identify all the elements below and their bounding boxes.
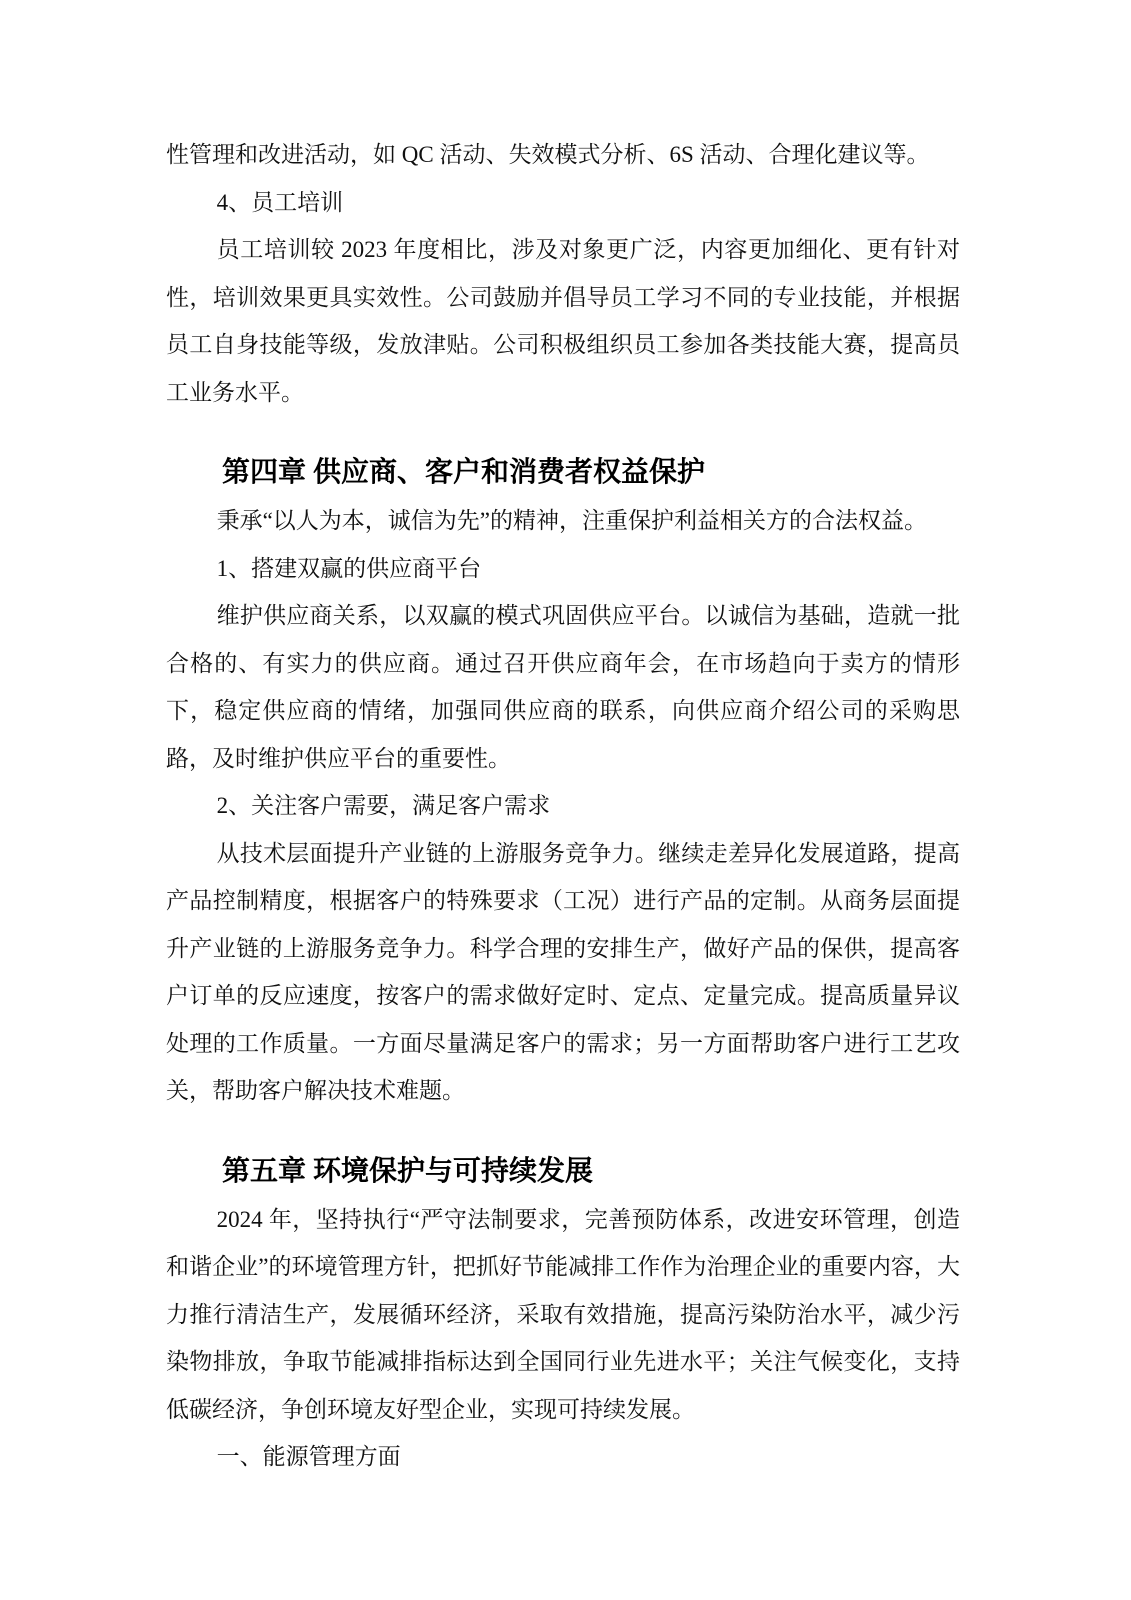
paragraph-continuation: 性管理和改进活动，如 QC 活动、失效模式分析、6S 活动、合理化建议等。: [166, 131, 960, 179]
paragraph-supplier-relations: 维护供应商关系，以双赢的模式巩固供应平台。以诚信为基础，造就一批合格的、有实力的…: [166, 592, 960, 782]
paragraph-employee-training: 员工培训较 2023 年度相比，涉及对象更广泛，内容更加细化、更有针对性，培训效…: [166, 226, 960, 416]
paragraph-chapter4-intro: 秉承“以人为本，诚信为先”的精神，注重保护利益相关方的合法权益。: [166, 497, 960, 545]
list-item-2-customer-needs: 2、关注客户需要，满足客户需求: [166, 782, 960, 830]
document-page: 性管理和改进活动，如 QC 活动、失效模式分析、6S 活动、合理化建议等。 4、…: [0, 0, 1131, 1600]
list-item-energy-management: 一、能源管理方面: [166, 1433, 960, 1481]
list-item-1-supplier-platform: 1、搭建双赢的供应商平台: [166, 545, 960, 593]
paragraph-environment-policy: 2024 年，坚持执行“严守法制要求，完善预防体系，改进安环管理，创造和谐企业”…: [166, 1196, 960, 1434]
paragraph-customer-service: 从技术层面提升产业链的上游服务竞争力。继续走差异化发展道路，提高产品控制精度，根…: [166, 830, 960, 1115]
document-content: 性管理和改进活动，如 QC 活动、失效模式分析、6S 活动、合理化建议等。 4、…: [166, 131, 960, 1481]
chapter-heading-5: 第五章 环境保护与可持续发展: [166, 1148, 960, 1196]
chapter-heading-4: 第四章 供应商、客户和消费者权益保护: [166, 449, 960, 497]
list-item-4-employee-training: 4、员工培训: [166, 179, 960, 227]
